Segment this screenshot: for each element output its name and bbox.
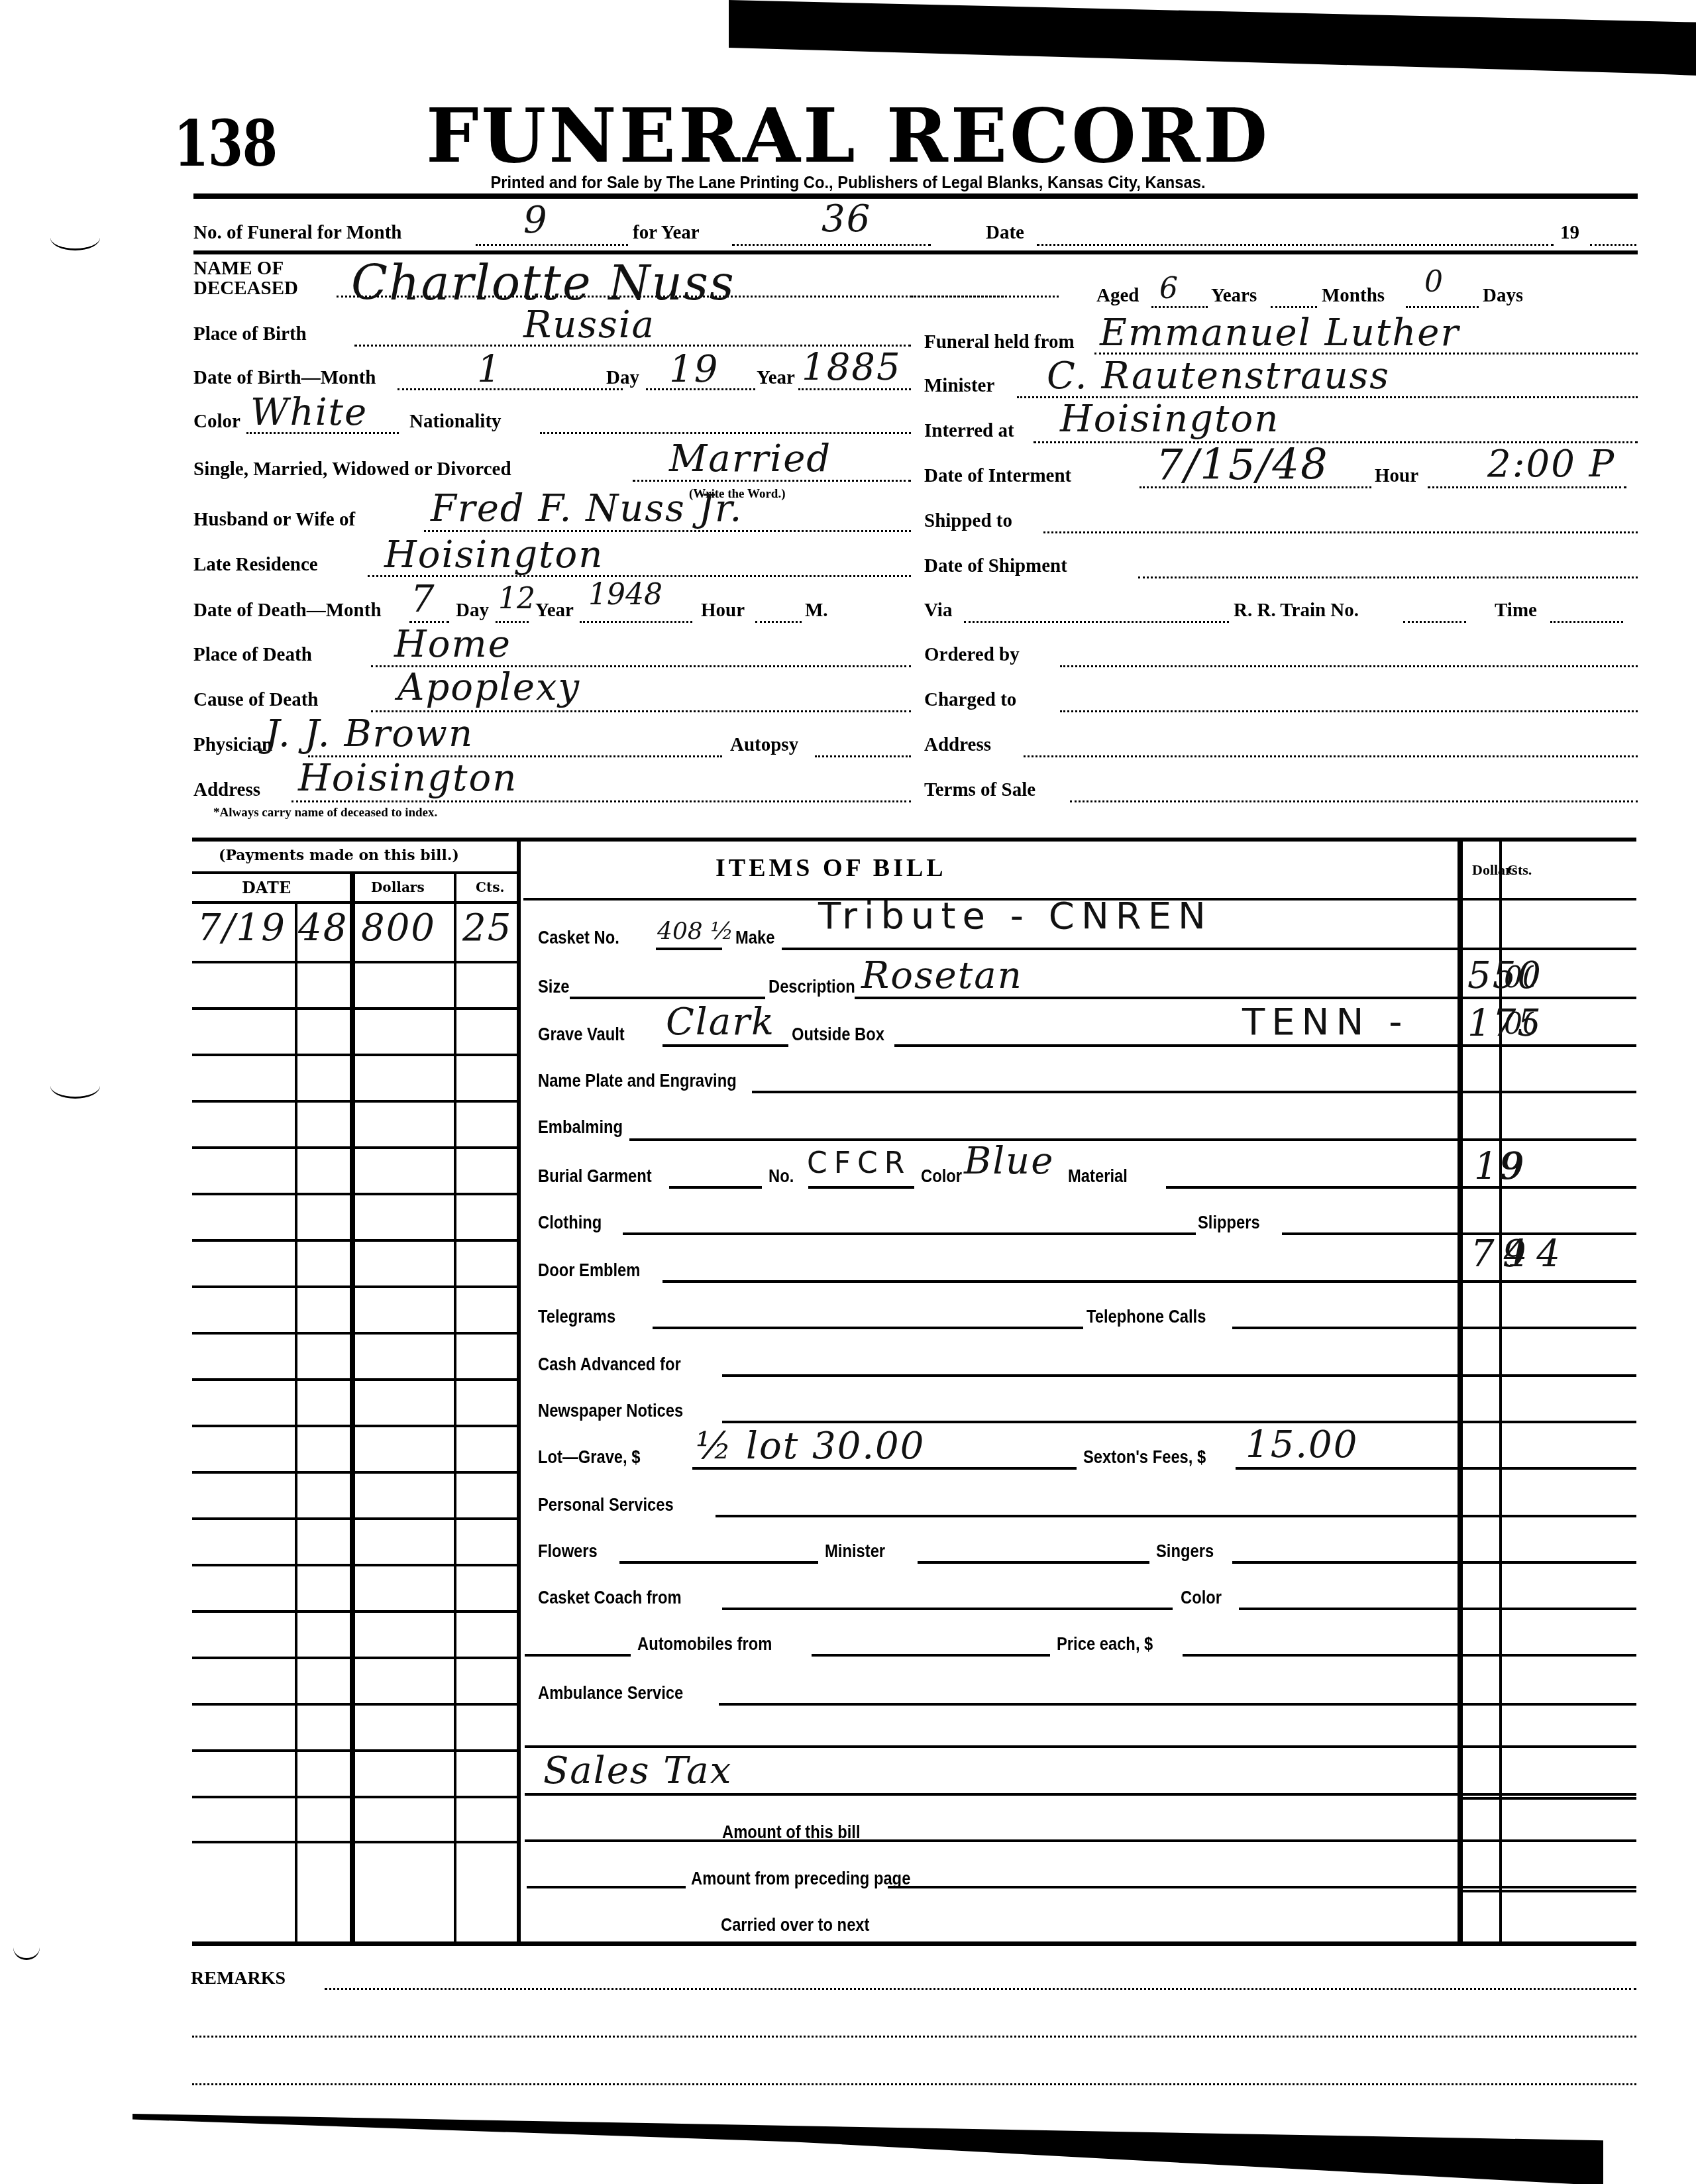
late-residence-label: Late Residence bbox=[193, 554, 318, 576]
field-line bbox=[1236, 1467, 1636, 1470]
field-line bbox=[623, 1232, 1196, 1235]
address-value[interactable]: Hoisington bbox=[298, 757, 517, 800]
address-label: Address bbox=[193, 779, 260, 801]
field-line bbox=[812, 1654, 1050, 1657]
dod-day-label: Day bbox=[456, 600, 489, 622]
days-label: Days bbox=[1483, 285, 1522, 307]
autopsy-label: Autopsy bbox=[730, 734, 798, 756]
punch-hole-mark bbox=[50, 225, 100, 250]
physician-value[interactable]: J. J. Brown bbox=[265, 712, 474, 755]
no-funeral-month-label: No. of Funeral for Month bbox=[193, 222, 401, 244]
color-label: Color bbox=[193, 411, 240, 433]
physician-label: Physician bbox=[193, 734, 272, 756]
field-line bbox=[1043, 531, 1638, 533]
cause-of-death-value[interactable]: Apoplexy bbox=[397, 666, 580, 709]
make-value[interactable]: Tribute - CNREN bbox=[818, 895, 1212, 938]
funeral-held-from-label: Funeral held from bbox=[924, 331, 1075, 353]
name-of-deceased-label: NAME OF DECEASED bbox=[193, 258, 298, 298]
field-line bbox=[540, 432, 911, 434]
casket-coach-label: Casket Coach from bbox=[538, 1588, 682, 1608]
page-title: FUNERAL RECORD bbox=[0, 93, 1696, 180]
remarks-line[interactable] bbox=[325, 1988, 1636, 1990]
remarks-line[interactable] bbox=[192, 2083, 1636, 2085]
for-year-value[interactable]: 36 bbox=[821, 197, 871, 241]
casket-no-label: Casket No. bbox=[538, 928, 619, 948]
telegrams-label: Telegrams bbox=[538, 1307, 615, 1327]
table-line bbox=[192, 1332, 520, 1335]
bill-note-value[interactable]: Sales Tax bbox=[543, 1749, 732, 1792]
cash-advanced-label: Cash Advanced for bbox=[538, 1354, 681, 1375]
field-line bbox=[662, 1044, 788, 1047]
table-line bbox=[192, 1517, 520, 1520]
material-cents[interactable]: 9 bbox=[1501, 1145, 1534, 1188]
table-line bbox=[192, 1703, 520, 1706]
aged-label: Aged bbox=[1096, 285, 1139, 307]
years-label: Years bbox=[1211, 285, 1257, 307]
field-line bbox=[1550, 621, 1623, 623]
date-of-shipment-label: Date of Shipment bbox=[924, 555, 1067, 577]
field-line bbox=[570, 997, 765, 999]
date-of-birth-label: Date of Birth—Month bbox=[193, 367, 376, 389]
name-label-line2: DECEASED bbox=[193, 278, 298, 298]
field-line bbox=[884, 1839, 1636, 1842]
name-plate-label: Name Plate and Engraving bbox=[538, 1071, 737, 1091]
table-line bbox=[192, 1007, 520, 1010]
field-line bbox=[669, 1186, 762, 1189]
payment-year-value[interactable]: 48 bbox=[298, 906, 348, 950]
place-of-death-label: Place of Death bbox=[193, 644, 312, 666]
header-rule bbox=[193, 193, 1638, 199]
field-line bbox=[1461, 1797, 1636, 1800]
field-line bbox=[888, 1886, 1636, 1888]
minister-value[interactable]: C. Rautenstrauss bbox=[1047, 355, 1390, 398]
spouse-label: Husband or Wife of bbox=[193, 509, 355, 531]
table-line bbox=[192, 1239, 520, 1242]
field-line bbox=[732, 244, 931, 246]
field-line bbox=[476, 244, 628, 246]
field-line bbox=[1037, 244, 1554, 246]
interment-hour-value[interactable]: 2:00 P bbox=[1487, 443, 1615, 486]
field-line bbox=[525, 1745, 1636, 1748]
field-line bbox=[722, 1608, 1173, 1610]
minister-label: Minister bbox=[924, 375, 994, 397]
field-line bbox=[525, 1654, 631, 1657]
field-line bbox=[653, 1327, 1083, 1329]
dob-month-value[interactable]: 1 bbox=[477, 348, 502, 391]
payments-col-dollars: Dollars bbox=[371, 879, 425, 895]
section-rule bbox=[193, 250, 1638, 254]
field-line bbox=[752, 1091, 1636, 1093]
table-line bbox=[192, 1749, 520, 1752]
field-line bbox=[808, 1186, 914, 1189]
payment-cents-value[interactable]: 25 bbox=[462, 906, 512, 950]
clothing-label: Clothing bbox=[538, 1213, 602, 1233]
dod-month-value[interactable]: 7 bbox=[411, 578, 436, 621]
rr-train-label: R. R. Train No. bbox=[1234, 600, 1359, 622]
field-line bbox=[619, 1561, 818, 1564]
table-line bbox=[350, 871, 355, 1941]
field-line bbox=[1183, 1654, 1636, 1657]
spouse-value[interactable]: Fred F. Nuss Jr. bbox=[431, 487, 743, 530]
amount-this-bill-label: Amount of this bill bbox=[722, 1822, 861, 1843]
table-line bbox=[192, 1657, 520, 1659]
garment-color-value[interactable]: Blue bbox=[964, 1140, 1054, 1183]
garment-color-label: Color bbox=[921, 1166, 962, 1187]
field-line bbox=[1590, 244, 1636, 246]
table-line bbox=[192, 961, 520, 963]
payment-dollars-value[interactable]: 800 bbox=[361, 906, 436, 950]
field-line bbox=[1403, 621, 1466, 623]
field-line bbox=[662, 1280, 1636, 1283]
outside-box-label: Outside Box bbox=[792, 1024, 884, 1045]
interred-at-value[interactable]: Hoisington bbox=[1060, 398, 1279, 441]
cause-of-death-label: Cause of Death bbox=[193, 689, 319, 711]
sexton-fees-value[interactable]: 15.00 bbox=[1245, 1423, 1358, 1466]
carried-over-label: Carried over to next bbox=[721, 1915, 869, 1936]
payments-caption: (Payments made on this bill.) bbox=[219, 847, 459, 864]
telephone-calls-label: Telephone Calls bbox=[1086, 1307, 1206, 1327]
field-line bbox=[722, 1421, 1636, 1423]
door-emblem-label: Door Emblem bbox=[538, 1260, 640, 1281]
coach-color-label: Color bbox=[1181, 1588, 1222, 1608]
casket-no-value[interactable]: 408 ½ bbox=[657, 918, 733, 945]
field-line bbox=[918, 1561, 1149, 1564]
table-line bbox=[192, 871, 520, 874]
total-cents[interactable]: 9 bbox=[1503, 1232, 1532, 1276]
shipped-to-label: Shipped to bbox=[924, 510, 1012, 532]
table-line bbox=[192, 1796, 520, 1798]
table-line bbox=[192, 1054, 520, 1056]
field-line bbox=[1232, 1327, 1636, 1329]
field-line bbox=[1151, 306, 1208, 308]
embalming-label: Embalming bbox=[538, 1117, 623, 1138]
field-line bbox=[1406, 306, 1479, 308]
table-line bbox=[295, 901, 297, 1941]
lot-grave-label: Lot—Grave, $ bbox=[538, 1447, 640, 1468]
table-line bbox=[192, 1378, 520, 1381]
field-line bbox=[1166, 1186, 1636, 1189]
payment-date-value[interactable]: 7/19 bbox=[197, 906, 286, 950]
aged-value[interactable]: 6 bbox=[1159, 272, 1178, 305]
nationality-label: Nationality bbox=[409, 411, 502, 433]
field-line bbox=[1428, 486, 1626, 488]
remarks-line[interactable] bbox=[192, 2036, 1636, 2038]
date-of-death-label: Date of Death—Month bbox=[193, 600, 382, 622]
field-line bbox=[755, 621, 802, 623]
size-label: Size bbox=[538, 977, 570, 997]
field-line bbox=[1271, 306, 1317, 308]
place-of-death-value[interactable]: Home bbox=[394, 623, 511, 666]
terms-of-sale-label: Terms of Sale bbox=[924, 779, 1035, 801]
field-line bbox=[1461, 1890, 1636, 1892]
dod-year-value[interactable]: 1948 bbox=[588, 578, 662, 612]
grave-vault-value[interactable]: Clark bbox=[666, 1001, 775, 1044]
date-year-prefix: 19 bbox=[1560, 222, 1579, 244]
table-line bbox=[192, 1193, 520, 1195]
scan-shadow-bottom bbox=[132, 2114, 1603, 2184]
description-cents[interactable]: 00 bbox=[1504, 961, 1534, 995]
late-residence-value[interactable]: Hoisington bbox=[384, 533, 604, 576]
field-line bbox=[911, 296, 1004, 298]
bill-dollars-divider bbox=[1457, 838, 1463, 1944]
time-label: Time bbox=[1495, 600, 1537, 622]
field-line bbox=[629, 1138, 1636, 1141]
date-label: Date bbox=[986, 222, 1024, 244]
description-label: Description bbox=[768, 977, 855, 997]
field-line bbox=[656, 948, 722, 950]
marital-status-value[interactable]: Married bbox=[669, 437, 831, 480]
index-note: *Always carry name of deceased to index. bbox=[213, 806, 437, 820]
outside-box-value[interactable]: TENN - bbox=[1242, 1001, 1408, 1044]
singers-label: Singers bbox=[1156, 1541, 1214, 1562]
printer-credit: Printed and for Sale by The Lane Printin… bbox=[42, 174, 1654, 193]
scan-shadow-top bbox=[729, 0, 1696, 80]
field-line bbox=[1024, 755, 1638, 757]
table-line bbox=[517, 838, 521, 1941]
burial-garment-label: Burial Garment bbox=[538, 1166, 652, 1187]
for-year-label: for Year bbox=[633, 222, 700, 244]
payments-table: (Payments made on this bill.) DATE Dolla… bbox=[192, 842, 520, 1941]
field-line bbox=[291, 800, 911, 802]
payments-col-date: DATE bbox=[242, 878, 291, 897]
field-line bbox=[424, 530, 911, 532]
dod-hour-label: Hour bbox=[701, 600, 745, 622]
via-label: Via bbox=[924, 600, 952, 622]
color-value[interactable]: White bbox=[250, 391, 368, 434]
name-of-deceased-value[interactable]: Charlotte Nuss bbox=[351, 255, 735, 311]
funeral-held-from-value[interactable]: Emmanuel Luther bbox=[1100, 311, 1459, 355]
no-funeral-month-value[interactable]: 9 bbox=[523, 199, 549, 242]
table-line bbox=[192, 1610, 520, 1613]
right-address-label: Address bbox=[924, 734, 991, 756]
marital-status-label: Single, Married, Widowed or Divorced bbox=[193, 459, 511, 480]
field-line bbox=[580, 621, 692, 623]
place-of-birth-label: Place of Birth bbox=[193, 323, 307, 345]
outside-box-cents[interactable]: 00 bbox=[1504, 1007, 1534, 1041]
description-value[interactable]: Rosetan bbox=[861, 954, 1023, 997]
field-line bbox=[1060, 710, 1638, 712]
dod-year-label: Year bbox=[535, 600, 574, 622]
garment-no-label: No. bbox=[768, 1166, 794, 1187]
table-line bbox=[192, 1564, 520, 1566]
table-line bbox=[192, 1471, 520, 1474]
table-line bbox=[192, 1285, 520, 1288]
table-line bbox=[192, 1425, 520, 1427]
newspaper-notices-label: Newspaper Notices bbox=[538, 1401, 683, 1421]
field-line bbox=[1232, 1561, 1636, 1564]
punch-hole-mark bbox=[50, 1073, 100, 1099]
automobiles-label: Automobiles from bbox=[637, 1634, 772, 1655]
field-line bbox=[1239, 1608, 1636, 1610]
place-of-birth-value[interactable]: Russia bbox=[523, 303, 655, 347]
lot-grave-value[interactable]: ½ lot 30.00 bbox=[696, 1425, 925, 1468]
dob-day-label: Day bbox=[606, 367, 639, 389]
table-line bbox=[192, 1100, 520, 1103]
dob-year-value[interactable]: 1885 bbox=[802, 346, 902, 389]
field-line bbox=[527, 1886, 686, 1888]
field-line bbox=[719, 1703, 1636, 1706]
dod-day-value[interactable]: 12 bbox=[498, 582, 535, 616]
field-line bbox=[1060, 665, 1638, 667]
table-line bbox=[454, 871, 456, 1941]
field-line bbox=[525, 1793, 1636, 1796]
bill-minister-label: Minister bbox=[825, 1541, 885, 1562]
field-line bbox=[815, 755, 911, 757]
months-value[interactable]: 0 bbox=[1424, 265, 1443, 299]
table-line bbox=[192, 901, 520, 904]
date-of-interment-value[interactable]: 7/15/48 bbox=[1156, 441, 1329, 490]
field-line bbox=[782, 948, 1636, 950]
payments-col-cents: Cts. bbox=[476, 879, 504, 895]
ordered-by-label: Ordered by bbox=[924, 644, 1020, 666]
name-label-line1: NAME OF bbox=[193, 258, 298, 278]
field-line bbox=[1070, 800, 1638, 802]
table-line bbox=[192, 1146, 520, 1149]
bill-col-cents: Cts. bbox=[1507, 861, 1534, 879]
make-label: Make bbox=[735, 928, 774, 948]
sexton-fees-label: Sexton's Fees, $ bbox=[1083, 1447, 1206, 1468]
field-line bbox=[397, 388, 623, 390]
interment-hour-label: Hour bbox=[1375, 465, 1418, 487]
interred-at-label: Interred at bbox=[924, 420, 1014, 442]
bill-header: ITEMS OF BILL bbox=[715, 853, 947, 883]
dob-year-label: Year bbox=[757, 367, 795, 389]
amount-preceding-label: Amount from preceding page bbox=[691, 1869, 910, 1889]
field-line bbox=[722, 1374, 1636, 1377]
flowers-label: Flowers bbox=[538, 1541, 598, 1562]
field-line bbox=[1282, 1232, 1636, 1235]
garment-no-value[interactable]: CFCR bbox=[807, 1146, 911, 1180]
punch-hole-mark bbox=[13, 1935, 40, 1960]
dod-m-label: M. bbox=[805, 600, 828, 622]
ambulance-service-label: Ambulance Service bbox=[538, 1683, 683, 1704]
slippers-label: Slippers bbox=[1198, 1213, 1260, 1233]
dob-day-value[interactable]: 19 bbox=[669, 348, 719, 391]
personal-services-label: Personal Services bbox=[538, 1495, 674, 1515]
remarks-label: REMARKS bbox=[191, 1968, 286, 1989]
table-line bbox=[192, 1841, 520, 1843]
field-line bbox=[964, 621, 1229, 623]
field-line bbox=[1138, 576, 1638, 578]
months-label: Months bbox=[1322, 285, 1385, 307]
date-of-interment-label: Date of Interment bbox=[924, 465, 1071, 487]
table-bottom-rule bbox=[192, 1941, 1636, 1946]
price-each-label: Price each, $ bbox=[1057, 1634, 1153, 1655]
charged-to-label: Charged to bbox=[924, 689, 1016, 711]
field-line bbox=[715, 1515, 1636, 1517]
grave-vault-label: Grave Vault bbox=[538, 1024, 625, 1045]
material-label: Material bbox=[1068, 1166, 1128, 1187]
